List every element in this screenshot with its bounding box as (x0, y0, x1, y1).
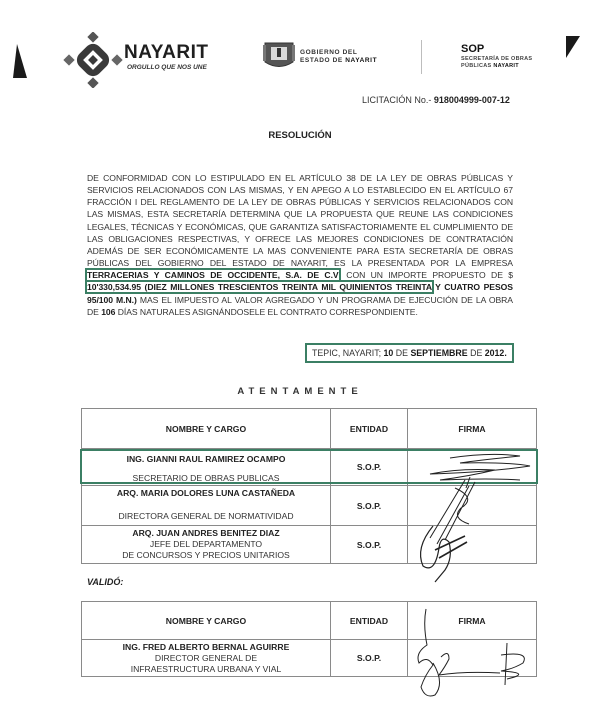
sop-title: SOP (461, 43, 484, 55)
sop-subtitle: SECRETARÍA DE OBRAS PÚBLICAS NAYARIT (461, 56, 532, 70)
resolution-paragraph: DE CONFORMIDAD CON LO ESTIPULADO EN EL A… (87, 172, 513, 318)
company-name-highlight: TERRACERIAS Y CAMINOS DE OCCIDENTE, S.A.… (87, 270, 339, 280)
nayarit-logo-tagline: ORGULLO QUE NOS UNE (127, 64, 207, 71)
header-entidad: ENTIDAD (331, 409, 408, 449)
table-header-row: NOMBRE Y CARGO ENTIDAD FIRMA (82, 409, 537, 449)
corner-mark-right (566, 36, 580, 58)
valido-label: VALIDÓ: (87, 577, 123, 587)
diamond-emblem-icon (62, 32, 124, 88)
header-nombre: NOMBRE Y CARGO (82, 602, 331, 640)
state-seal-icon (262, 40, 296, 70)
nayarit-logo-title: NAYARIT (124, 42, 208, 64)
gobierno-label: GOBIERNO DEL ESTADO DE NAYARIT (300, 49, 377, 65)
header-divider (421, 40, 422, 74)
header-nombre: NOMBRE Y CARGO (82, 409, 331, 449)
document-title: RESOLUCIÓN (0, 130, 600, 141)
corner-mark-left (13, 44, 27, 78)
signature-luna-benitez-icon (405, 478, 495, 583)
signature-bernal-icon (405, 605, 535, 705)
licitacion-number: LICITACIÓN No.- 918004999-007-12 (362, 95, 510, 105)
date-highlight: TEPIC, NAYARIT; 10 DE SEPTIEMBRE DE 2012… (305, 343, 514, 363)
header-entidad: ENTIDAD (331, 602, 408, 640)
header-firma: FIRMA (408, 409, 537, 449)
amount-highlight: 10'330,534.95 (DIEZ MILLONES TRESCIENTOS… (87, 282, 432, 292)
atentamente-heading: ATENTAMENTE (0, 386, 600, 397)
